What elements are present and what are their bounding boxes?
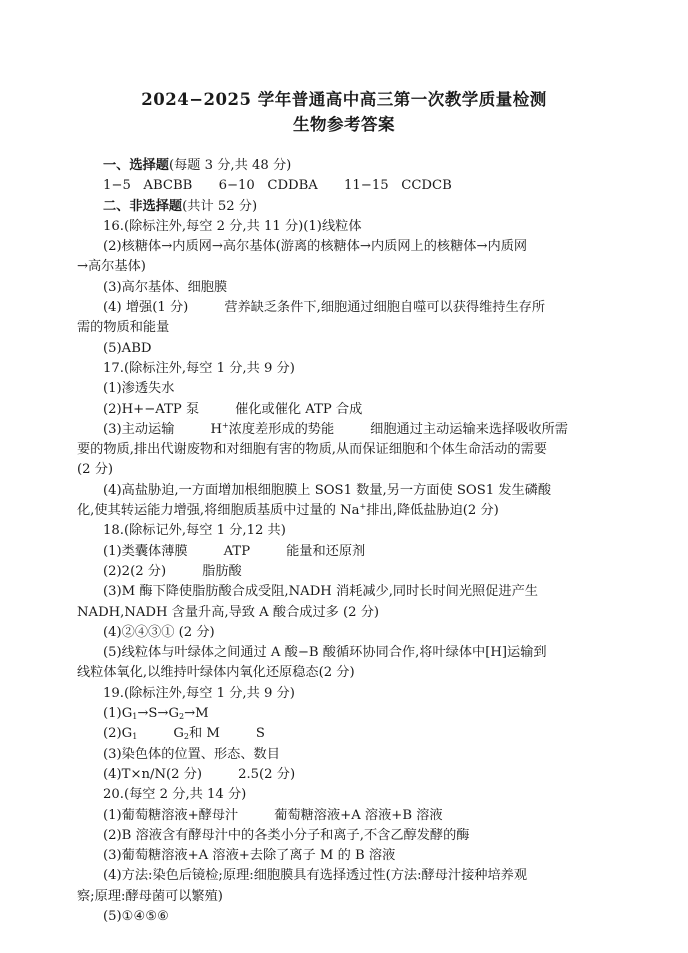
- answer-key-page: 2024−2025 学年普通高中高三第一次教学质量检测 生物参考答案 一、选择题…: [0, 0, 688, 953]
- mc-answers: 1−5 ABCBB 6−10 CDDBA 11−15 CCDCB: [103, 176, 623, 196]
- q20-answer-4-cont: 察;原理:酵母菌可以繁殖): [77, 887, 623, 907]
- q20-answer-4: (4)方法:染色后镜检;原理:细胞膜具有选择透过性(方法:酵母汁接种培养观: [103, 866, 623, 886]
- q20-answer-5: (5)①④⑤⑥: [103, 907, 623, 927]
- q16-answer-3: (3)高尔基体、细胞膜: [103, 278, 623, 298]
- q16-answer-4-cont: 需的物质和能量: [77, 318, 623, 338]
- q16-answer-5: (5)ABD: [103, 339, 623, 359]
- q20-answer-2: (2)B 溶液含有酵母汁中的各类小分子和离子,不含乙醇发酵的酶: [103, 826, 623, 846]
- q18-answer-4: (4)②④③① (2 分): [103, 623, 623, 643]
- q17-answer-3: (3)主动运输H+浓度差形成的势能细胞通过主动运输来选择吸收所需: [103, 420, 623, 440]
- q19-answer-1: (1)G1→S→G2→M: [103, 704, 623, 724]
- q16-answer-4: (4) 增强(1 分)营养缺乏条件下,细胞通过细胞自噬可以获得维持生存所: [103, 298, 623, 318]
- section-2-heading: 二、非选择题(共计 52 分): [103, 197, 623, 217]
- q19-answer-3: (3)染色体的位置、形态、数目: [103, 745, 623, 765]
- q19-head: 19.(除标注外,每空 1 分,共 9 分): [103, 684, 623, 704]
- q17-head: 17.(除标注外,每空 1 分,共 9 分): [103, 359, 623, 379]
- q18-head: 18.(除标记外,每空 1 分,12 共): [103, 521, 623, 541]
- q16-answer-2: (2)核糖体→内质网→高尔基体(游离的核糖体→内质网上的核糖体→内质网: [103, 237, 623, 257]
- q18-answer-3-cont: NADH,NADH 含量升高,导致 A 酸合成过多 (2 分): [77, 603, 623, 623]
- q20-answer-3: (3)葡萄糖溶液+A 溶液+去除了离子 M 的 B 溶液: [103, 846, 623, 866]
- q18-answer-2: (2)2(2 分)脂肪酸: [103, 562, 623, 582]
- q17-answer-1: (1)渗透失水: [103, 379, 623, 399]
- q18-answer-3: (3)M 酶下降使脂肪酸合成受阻,NADH 消耗减少,同时长时间光照促进产生: [103, 582, 623, 602]
- q19-answer-2: (2)G1G2和 MS: [103, 724, 623, 744]
- answer-body: 一、选择题(每题 3 分,共 48 分) 1−5 ABCBB 6−10 CDDB…: [103, 156, 623, 927]
- q18-answer-5-cont: 线粒体氧化,以维持叶绿体内氧化还原稳态(2 分): [77, 663, 623, 683]
- q17-answer-3-score: (2 分): [77, 460, 623, 480]
- q17-answer-4: (4)高盐胁迫,一方面增加根细胞膜上 SOS1 数量,另一方面使 SOS1 发生…: [103, 481, 623, 501]
- q17-answer-3-cont: 要的物质,排出代谢废物和对细胞有害的物质,从而保证细胞和个体生命活动的需要: [77, 440, 623, 460]
- document-title: 2024−2025 学年普通高中高三第一次教学质量检测: [0, 86, 688, 110]
- section-1-heading: 一、选择题(每题 3 分,共 48 分): [103, 156, 623, 176]
- q20-head: 20.(每空 2 分,共 14 分): [103, 785, 623, 805]
- q18-answer-5: (5)线粒体与叶绿体之间通过 A 酸−B 酸循环协同合作,将叶绿体中[H]运输到: [103, 643, 623, 663]
- document-subtitle: 生物参考答案: [0, 111, 688, 135]
- q17-answer-2: (2)H+−ATP 泵催化或催化 ATP 合成: [103, 400, 623, 420]
- q18-answer-1: (1)类囊体薄膜ATP能量和还原剂: [103, 542, 623, 562]
- q19-answer-4: (4)T×n/N(2 分)2.5(2 分): [103, 765, 623, 785]
- q17-answer-4-cont: 化,使其转运能力增强,将细胞质基质中过量的 Na+排出,降低盐胁迫(2 分): [77, 501, 623, 521]
- q16-head: 16.(除标注外,每空 2 分,共 11 分)(1)线粒体: [103, 217, 623, 237]
- q16-answer-2-cont: →高尔基体): [77, 257, 623, 277]
- q20-answer-1: (1)葡萄糖溶液+酵母汁葡萄糖溶液+A 溶液+B 溶液: [103, 806, 623, 826]
